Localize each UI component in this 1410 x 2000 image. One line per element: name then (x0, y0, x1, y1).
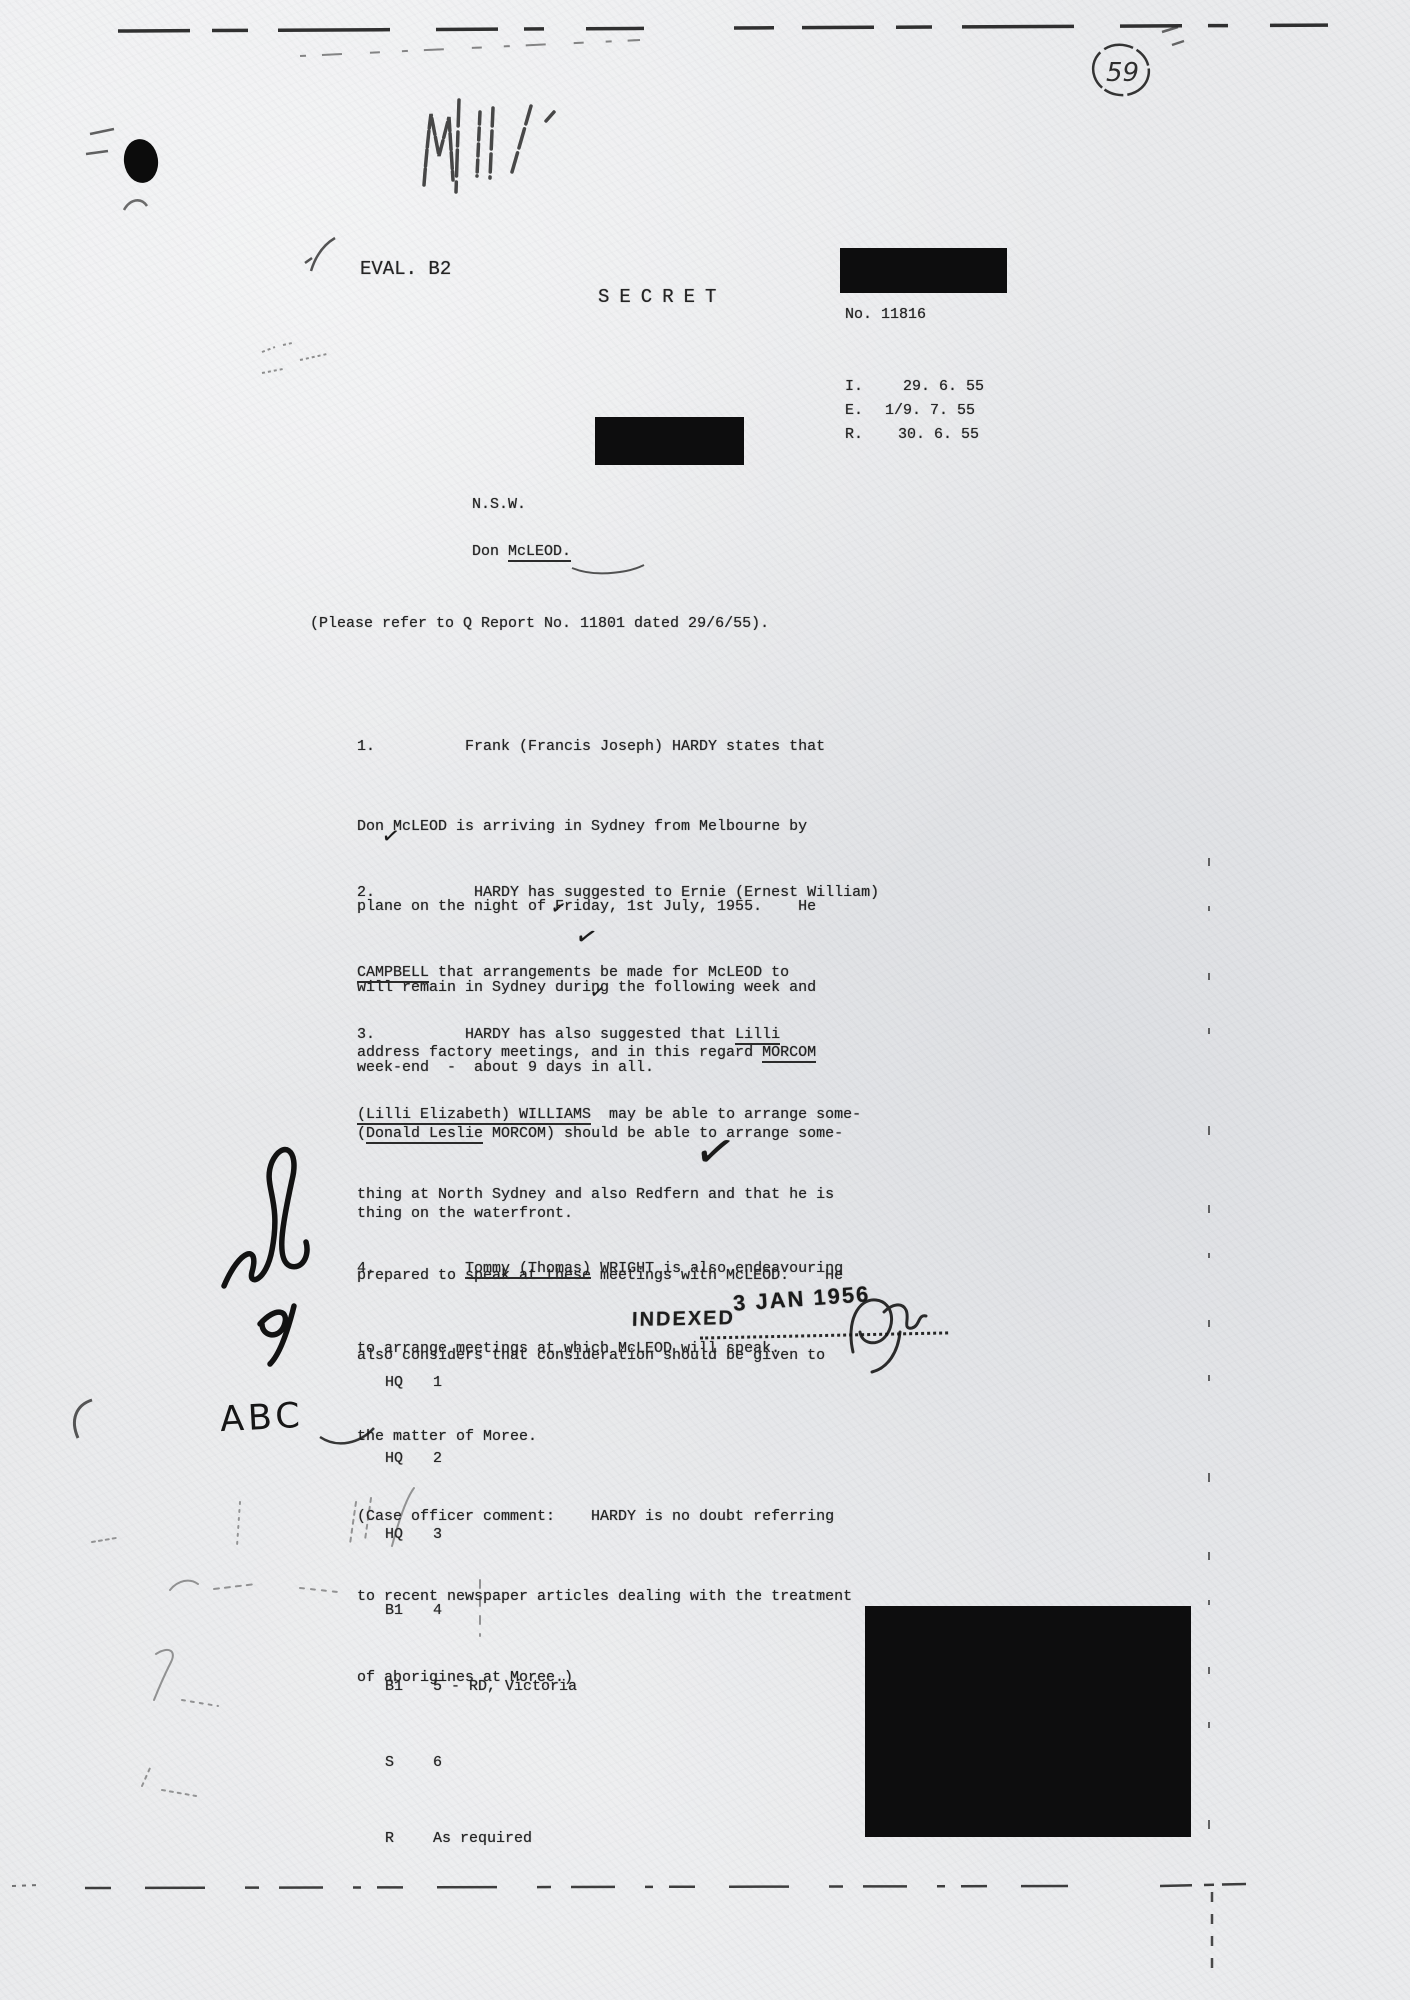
para3-line2-text: may be able to arrange some- (591, 1106, 861, 1123)
left-margin-curve (74, 1400, 92, 1438)
lilli-underlined: Lilli (735, 1026, 780, 1045)
report-number: No. 11816 (845, 302, 926, 329)
region-heading: N.S.W. (472, 492, 526, 519)
distribution-row: HQ2 (385, 1446, 577, 1468)
subject-name: McLEOD. (508, 543, 571, 562)
date-label-i: I. (845, 374, 863, 401)
reference-line: (Please refer to Q Report No. 11801 date… (310, 611, 769, 638)
hole-punch-dash-marks (86, 129, 114, 154)
distribution-row: S6 (385, 1750, 577, 1772)
handwritten-able-scribble (224, 1150, 307, 1364)
scanned-document-page: EVAL. B2 SECRET No. 11816 I. 29. 6. 55 E… (0, 0, 1410, 2000)
para2-line1: 2. HARDY has suggested to Ernie (Ernest … (357, 880, 879, 907)
date-value-r: 30. 6. 55 (898, 422, 979, 449)
para3-line2: (Lilli Elizabeth) WILLIAMS may be able t… (357, 1102, 861, 1129)
date-label-e: E. (845, 398, 863, 425)
bottom-left-dots (12, 1885, 40, 1886)
pen-tick-eval (305, 238, 335, 271)
dist-code-2: HQ (385, 1446, 433, 1473)
tommy-underlined: Tommy (Thomas) (465, 1260, 591, 1279)
distribution-row: RAs required (385, 1826, 577, 1848)
bottom-edge-dashes-right (1160, 1884, 1246, 1886)
handwritten-abc: ABC (219, 1396, 305, 1440)
dist-copy-4: 4 (433, 1602, 442, 1619)
dist-copy-5: 5 - RD, Victoria (433, 1678, 577, 1695)
eval-label: EVAL. B2 (360, 256, 451, 283)
dist-copy-3: 3 (433, 1526, 442, 1543)
distribution-row: B14 (385, 1598, 577, 1620)
subject-prefix: Don (472, 543, 508, 560)
dist-code-4: B1 (385, 1598, 433, 1625)
distribution-row: B15 - RD, Victoria (385, 1674, 577, 1696)
hole-punch-squiggle (124, 200, 147, 210)
top-right-tick-marks (1162, 27, 1184, 45)
distribution-list: HQ1 HQ2 HQ3 B14 B15 - RD, Victoria S6 RA… (385, 1316, 577, 1901)
dist-code-3: HQ (385, 1522, 433, 1549)
dist-copy-6: 6 (433, 1754, 442, 1771)
page-number-circle (1088, 40, 1153, 101)
para4-number: 4. (357, 1260, 465, 1277)
redaction-block-top (840, 248, 1007, 293)
dist-code-5: B1 (385, 1674, 433, 1701)
handwritten-marks-top (424, 100, 554, 192)
para3-line1-text: 3. HARDY has also suggested that (357, 1026, 735, 1043)
para2-line1-text: HARDY has suggested to Ernie (Ernest Wil… (375, 884, 879, 901)
date-value-i: 29. 6. 55 (903, 374, 984, 401)
date-label-r: R. (845, 422, 863, 449)
para3-line1: 3. HARDY has also suggested that Lilli (357, 1022, 861, 1049)
distribution-row: HQ3 (385, 1522, 577, 1544)
redaction-block-bottom (865, 1606, 1191, 1837)
para4-line1-text: WRIGHT is also endeavouring (591, 1260, 843, 1277)
subject-underline-swash (572, 565, 644, 573)
dist-code-1: HQ (385, 1370, 433, 1397)
hole-punch-mark (121, 137, 161, 185)
dist-code-7: R (385, 1826, 433, 1853)
dist-copy-7: As required (433, 1830, 532, 1847)
dist-copy-1: 1 (433, 1374, 442, 1391)
para4-line1: 4. Tommy (Thomas) WRIGHT is also endeavo… (357, 1256, 843, 1283)
top-edge-dashes (118, 25, 1345, 31)
dist-copy-2: 2 (433, 1450, 442, 1467)
distribution-row: HQ1 (385, 1370, 577, 1392)
para1-line1: 1. Frank (Francis Joseph) HARDY states t… (357, 734, 825, 761)
date-value-e: 1/9. 7. 55 (885, 398, 975, 425)
classification-heading: SECRET (598, 284, 726, 311)
para2-number: 2. (357, 884, 375, 901)
subject-heading: Don McLEOD. (472, 539, 571, 566)
williams-underlined: (Lilli Elizabeth) WILLIAMS (357, 1106, 591, 1125)
dist-code-6: S (385, 1750, 433, 1777)
redaction-block-middle (595, 417, 744, 465)
page-number-text: 59 (1106, 58, 1139, 88)
faint-scribble-upper-left (262, 343, 327, 373)
top-edge-dashes-2 (300, 40, 640, 56)
